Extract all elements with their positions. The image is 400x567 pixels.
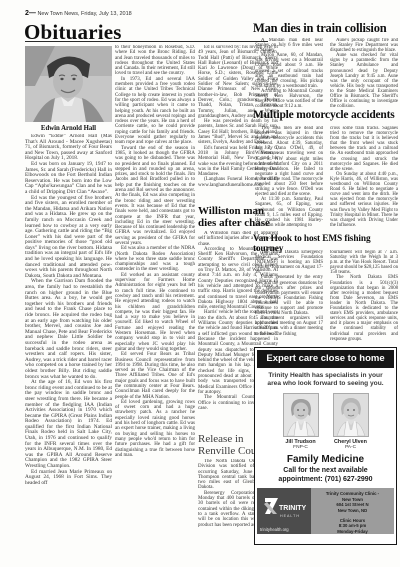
trinity-logo-panel: TRINITY HEALTH trinityhealth.org	[257, 488, 311, 534]
paragraph: When the Garrison Dam flooded the area, …	[25, 279, 112, 380]
paragraph: Toward the end of the season in 1985, it…	[115, 146, 195, 247]
paragraph: Funds generated by the entry fees and th…	[255, 275, 323, 316]
provider-card: Jill Trudson FNP-C	[283, 393, 319, 450]
paragraph: According to Mountrail County Sheriff Ke…	[255, 89, 323, 108]
train-collision-headline: Man dies in train collision	[253, 21, 399, 36]
svg-text:TRINITY: TRINITY	[279, 505, 307, 512]
provider-photo	[333, 393, 369, 437]
paragraph: Ed was born on January 19, 1947 to James…	[25, 162, 112, 196]
paragraph: tournament will begin at 7 a.m. Saturday…	[330, 250, 398, 275]
paragraph: Aune was checked for vital signs by a pa…	[330, 53, 398, 108]
obituary-portrait-photo	[25, 46, 112, 122]
obituary-name: Edwin Arnold Hall	[25, 125, 112, 132]
paragraph: to their honeymoon in Rosebud, S.D. wher…	[115, 45, 195, 77]
vanhook-tourney-body: The North Dakota Emergency Medical Servi…	[255, 250, 398, 343]
paragraph: Aune's pickup caught fire and the Stanle…	[330, 38, 398, 53]
clinic-info-panel: Trinity Community Clinic - New Town 604 …	[311, 488, 394, 534]
provider-credential: FNP-C	[283, 445, 319, 450]
vanhook-tourney-column-2: tournament will begin at 7 a.m. Saturday…	[330, 250, 398, 343]
obituary-column-1: Edwin “Eddie” Arnold Hall (Mas That's Al…	[25, 134, 112, 540]
train-collision-body: A Mandan man died near Stanley on July 6…	[255, 38, 398, 108]
paragraph: The North Dakota Emergency Medical Servi…	[255, 250, 323, 275]
page-number: 2—	[25, 10, 36, 17]
paragraph: Ed worked as an assistant county supervi…	[115, 273, 195, 352]
ad-headline: Expert care close to home	[257, 350, 394, 368]
ad-footer: TRINITY HEALTH trinityhealth.org Trinity…	[257, 488, 394, 534]
portrait-photo-graphic	[25, 46, 112, 122]
provider-card: Cheryl Ulven PA-C	[333, 393, 369, 450]
paragraph: Tournament organizers will hold a rules …	[255, 316, 323, 336]
paragraph: Ed married Jean Marie Primeaux on August…	[25, 470, 112, 487]
paragraph: Ed served Four Bears as Tribal Business …	[115, 352, 195, 400]
paragraph: Ed was also a member of the NDRA (North …	[115, 246, 195, 272]
paragraph: Two area men are dead and another was in…	[255, 126, 323, 197]
clinic-days: Monday-Friday	[311, 529, 394, 535]
paragraph: In 1973, Ed and several IAA members prov…	[115, 77, 195, 146]
ad-specialty: Family Medicine	[257, 454, 394, 465]
motorcycle-accidents-column-2: cross some train tracks. Saganes tried t…	[330, 126, 398, 232]
ad-call-to-action: Call for the next available appointment:…	[257, 467, 394, 484]
motorcycle-accidents-headline: Multiple motorcycle accidents	[253, 109, 399, 121]
provider-credential: PA-C	[333, 445, 369, 450]
obituary-column-2: to their honeymoon in Rosebud, S.D. wher…	[115, 45, 195, 540]
ad-providers: Jill Trudson FNP-C Cheryl Ulven PA	[257, 393, 394, 450]
section-divider-rule	[25, 41, 268, 42]
paragraph: The North Dakota EMS Foundation is a 501…	[330, 275, 398, 341]
masthead-text: New Town News, Friday, July 13, 2018	[37, 11, 131, 17]
paragraph: A Mandan man died near Stanley on July 6…	[255, 38, 323, 53]
paragraph: cross some train tracks. Saganes tried t…	[330, 126, 398, 172]
paragraph: Ed loved gardening, growing rows of swee…	[115, 400, 195, 458]
ad-website: trinityhealth.org	[260, 527, 289, 532]
paragraph: On Sunday at about 4:40 p.m., Kyle Harri…	[330, 172, 398, 228]
newspaper-page: 2— New Town News, Friday, July 13, 2018 …	[0, 0, 400, 567]
vanhook-tourney-column-1: The North Dakota Emergency Medical Servi…	[255, 250, 323, 343]
trinity-health-ad: Expert care close to home Trinity Health…	[254, 347, 397, 545]
svg-text:HEALTH: HEALTH	[280, 514, 300, 518]
paragraph: At 11:30 p.m. Saturday, Paul Saganes, 65…	[255, 197, 323, 228]
motorcycle-accidents-column-1: Two area men are dead and another was in…	[255, 126, 323, 232]
paragraph: Myron Aune, 60, of Mandan, was driving w…	[255, 53, 323, 89]
paragraph: At the age of 16, Ed won his first bronc…	[25, 380, 112, 470]
train-collision-column-2: Aune's pickup caught fire and the Stanle…	[330, 38, 398, 108]
train-collision-column-1: A Mandan man died near Stanley on July 6…	[255, 38, 323, 108]
paragraph: Ed was the youngest of five brothers and…	[25, 196, 112, 280]
ad-subheadline: Trinity Health has specialists in your a…	[257, 372, 394, 388]
motorcycle-accidents-body: Two area men are dead and another was in…	[255, 126, 398, 232]
provider-photo	[283, 393, 319, 437]
folio-line: 2— New Town News, Friday, July 13, 2018	[25, 10, 132, 17]
paragraph: Edwin “Eddie” Arnold Hall (Mas That's Al…	[25, 134, 112, 162]
